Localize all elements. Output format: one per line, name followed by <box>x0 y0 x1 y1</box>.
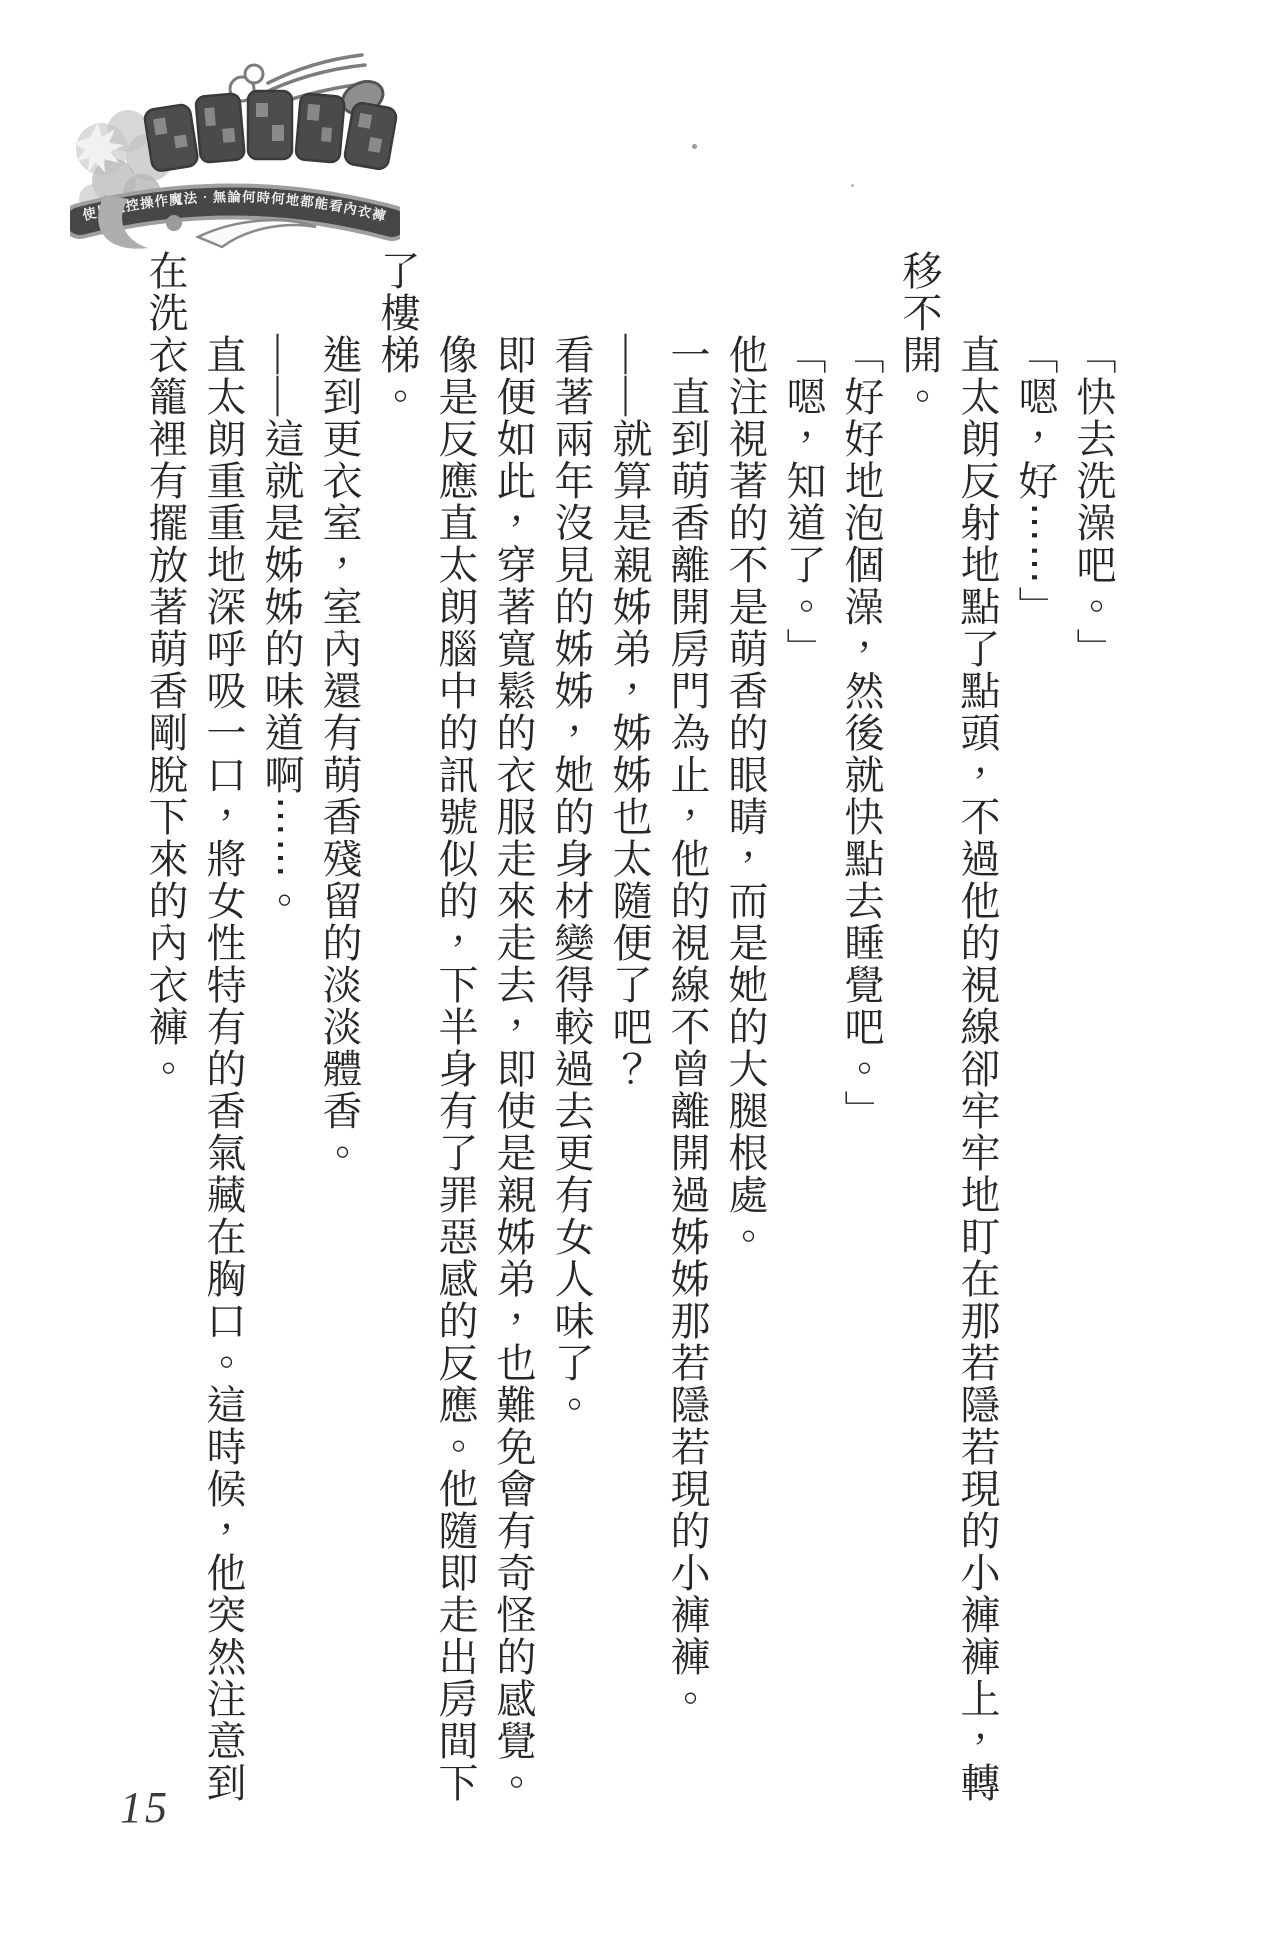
dialogue-line: 「嗯，知道了。」 <box>774 250 832 1808</box>
page-number: 15 <box>120 1782 170 1833</box>
narration-line: 進到更衣室，室內還有萌香殘留的淡淡體香。 <box>310 250 368 1808</box>
narration-line: 即便如此，穿著寬鬆的衣服走來走去，即使是親姊弟，也難免會有奇怪的感覺。 <box>484 250 542 1808</box>
book-page: 使用遙控操作魔法．無論何時何地都能看內衣褲！ 「快去洗澡吧。」 「嗯，好⋯⋯」 … <box>0 0 1280 1945</box>
dialogue-line: 「好好地泡個澡，然後就快點去睡覺吧。」 <box>832 250 890 1808</box>
logo-title-art <box>144 91 398 172</box>
narration-line: 直太朗反射地點了點頭，不過他的視線卻牢牢地盯在那若隱若現的小褲褲上，轉移不開。 <box>890 250 1006 1808</box>
narration-line: 直太朗重重地深呼吸一口，將女性特有的香氣藏在胸口。這時候，他突然注意到在洗衣籠裡… <box>136 250 252 1808</box>
narration-line: 像是反應直太朗腦中的訊號似的，下半身有了罪惡感的反應。他隨即走出房間下了樓梯。 <box>368 250 484 1808</box>
narration-line: 一直到萌香離開房門為止，他的視線不曾離開過姊姊那若隱若現的小褲褲。 <box>658 250 716 1808</box>
dialogue-line: 「嗯，好⋯⋯」 <box>1006 250 1064 1808</box>
dialogue-line: 「快去洗澡吧。」 <box>1064 250 1122 1808</box>
thought-line: ——就算是親姊弟，姊姊也太隨便了吧？ <box>600 250 658 1808</box>
thought-line: ——這就是姊姊的味道啊⋯⋯。 <box>252 250 310 1808</box>
narration-line: 他注視著的不是萌香的眼睛，而是她的大腿根處。 <box>716 250 774 1808</box>
narration-line: 看著兩年沒見的姊姊，她的身材變得較過去更有女人味了。 <box>542 250 600 1808</box>
scan-speck <box>692 144 697 149</box>
series-logo: 使用遙控操作魔法．無論何時何地都能看內衣褲！ <box>70 45 400 265</box>
scan-speck <box>851 184 854 187</box>
vertical-text-block: 「快去洗澡吧。」 「嗯，好⋯⋯」 直太朗反射地點了點頭，不過他的視線卻牢牢地盯在… <box>136 250 1122 1808</box>
